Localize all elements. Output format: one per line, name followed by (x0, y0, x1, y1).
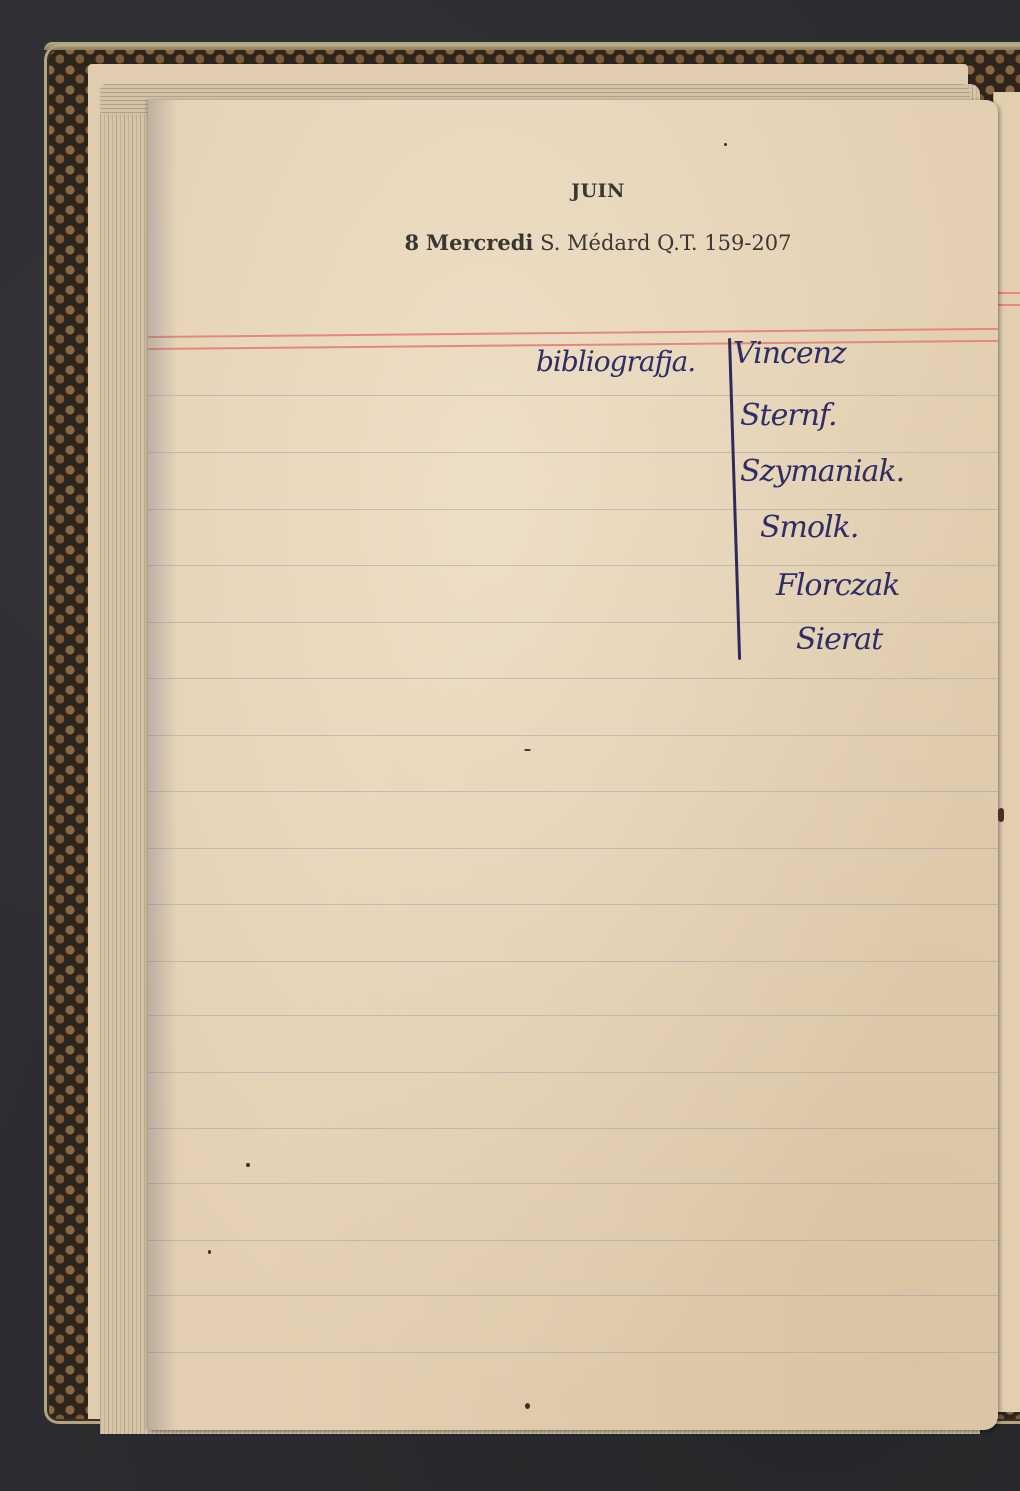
handwritten-name: Vincenz (733, 336, 846, 371)
ruled-line (148, 395, 998, 396)
day-number: 8 (405, 230, 420, 255)
paper-speck (724, 143, 727, 146)
ruled-line (148, 1295, 998, 1296)
page-edge-stain (998, 808, 1004, 822)
ruled-line (148, 1128, 998, 1129)
handwritten-name: Smolk. (760, 510, 858, 545)
ruled-line (148, 452, 998, 453)
handwritten-name: Sternf. (740, 398, 837, 433)
saint-info: S. Médard Q.T. 159-207 (540, 231, 791, 255)
paper-speck (208, 1250, 211, 1254)
ruled-line (148, 904, 998, 905)
cover-worn-edge (44, 42, 1020, 50)
diary-page: JUIN 8 Mercredi S. Médard Q.T. 159-207 b… (148, 100, 998, 1430)
ruled-line (148, 1072, 998, 1073)
day-name: Mercredi (426, 230, 534, 255)
ruled-line (148, 848, 998, 849)
month-heading: JUIN (148, 180, 998, 202)
handwritten-label: bibliografja. (536, 345, 695, 378)
paper-speck (525, 1403, 530, 1409)
ruled-line (148, 735, 998, 736)
day-heading: 8 Mercredi S. Médard Q.T. 159-207 (148, 230, 998, 255)
ruled-line (148, 509, 998, 510)
ruled-line (148, 1352, 998, 1353)
ruled-line (148, 791, 998, 792)
handwritten-name: Szymaniak. (740, 454, 904, 489)
paper-speck (524, 749, 531, 751)
paper-speck (246, 1163, 250, 1167)
red-rule-top (148, 328, 998, 338)
handwritten-divider (728, 338, 741, 660)
ruled-line (148, 1015, 998, 1016)
ruled-line (148, 1183, 998, 1184)
handwritten-name: Florczak (776, 568, 899, 603)
ruled-line (148, 1240, 998, 1241)
ruled-line (148, 565, 998, 566)
ruled-line (148, 961, 998, 962)
handwritten-name: Sierat (796, 622, 882, 657)
ruled-line (148, 678, 998, 679)
